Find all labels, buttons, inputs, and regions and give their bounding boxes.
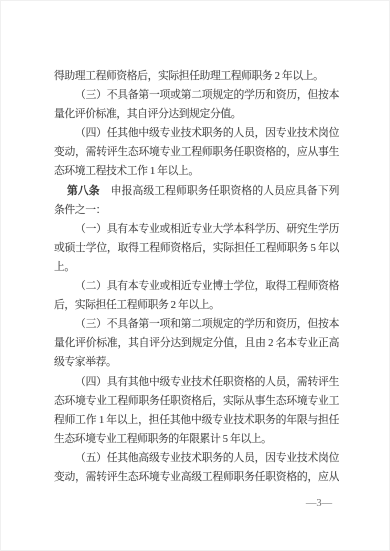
text-line: 量化评价标准，其自评分达到规定分值。 [54,105,339,124]
text-line: 态环境工程技术工作 1 年以上。 [54,162,339,181]
text-line: 或硕士学位，取得工程师资格后，实际担任工程师职务 5 年以 [54,239,339,258]
text-line: （二）具有本专业或相近专业博士学位，取得工程师资格 [54,277,339,296]
text-line: 后，实际担任工程师职务 2 年以上。 [54,296,339,315]
document-text-block: 得助理工程师资格后，实际担任助理工程师职务 2 年以上。 （三）不具备第一项或第… [54,67,339,487]
article-8-heading: 第八条申报高级工程师职务任职资格的人员应具备下列 [54,182,339,201]
text-line: 级专家举荐。 [54,353,339,372]
text-line: 得助理工程师资格后，实际担任助理工程师职务 2 年以上。 [54,67,339,86]
text-line: 生态环境专业工程师职务的年限累计 5 年以上。 [54,430,339,449]
text-line: 程师工作 1 年以上，担任其他中级专业技术职务的年限与担任 [54,411,339,430]
text-line: 变动，需转评生态环境专业工程师职务任职资格的，应从事生 [54,143,339,162]
text-line: （五）任其他高级专业技术职务的人员，因专业技术岗位 [54,449,339,468]
text-line: 条件之一： [54,201,339,220]
text-line: （一）具有本专业或相近专业大学本科学历、研究生学历 [54,220,339,239]
text-line: （三）不具备第一项和第二项规定的学历和资历，但按本 [54,315,339,334]
text-line: 量化评价标准，其自评分达到规定分值，且由 2 名本专业正高 [54,334,339,353]
text-line: 变动，需转评生态环境专业高级工程师职务任职资格的，应从 [54,468,339,487]
article-heading-text: 申报高级工程师职务任职资格的人员应具备下列 [111,185,339,197]
document-page: 得助理工程师资格后，实际担任助理工程师职务 2 年以上。 （三）不具备第一项或第… [0,0,390,551]
text-line: 上。 [54,258,339,277]
article-number: 第八条 [67,185,100,197]
text-line: 态环境专业工程师职务任职资格后，实际从事生态环境专业工 [54,392,339,411]
text-line: （四）任其他中级专业技术职务的人员，因专业技术岗位 [54,124,339,143]
text-line: （三）不具备第一项或第二项规定的学历和资历，但按本 [54,86,339,105]
page-number: —3— [297,498,341,509]
text-line: （四）具有其他中级专业技术任职资格的人员，需转评生 [54,373,339,392]
